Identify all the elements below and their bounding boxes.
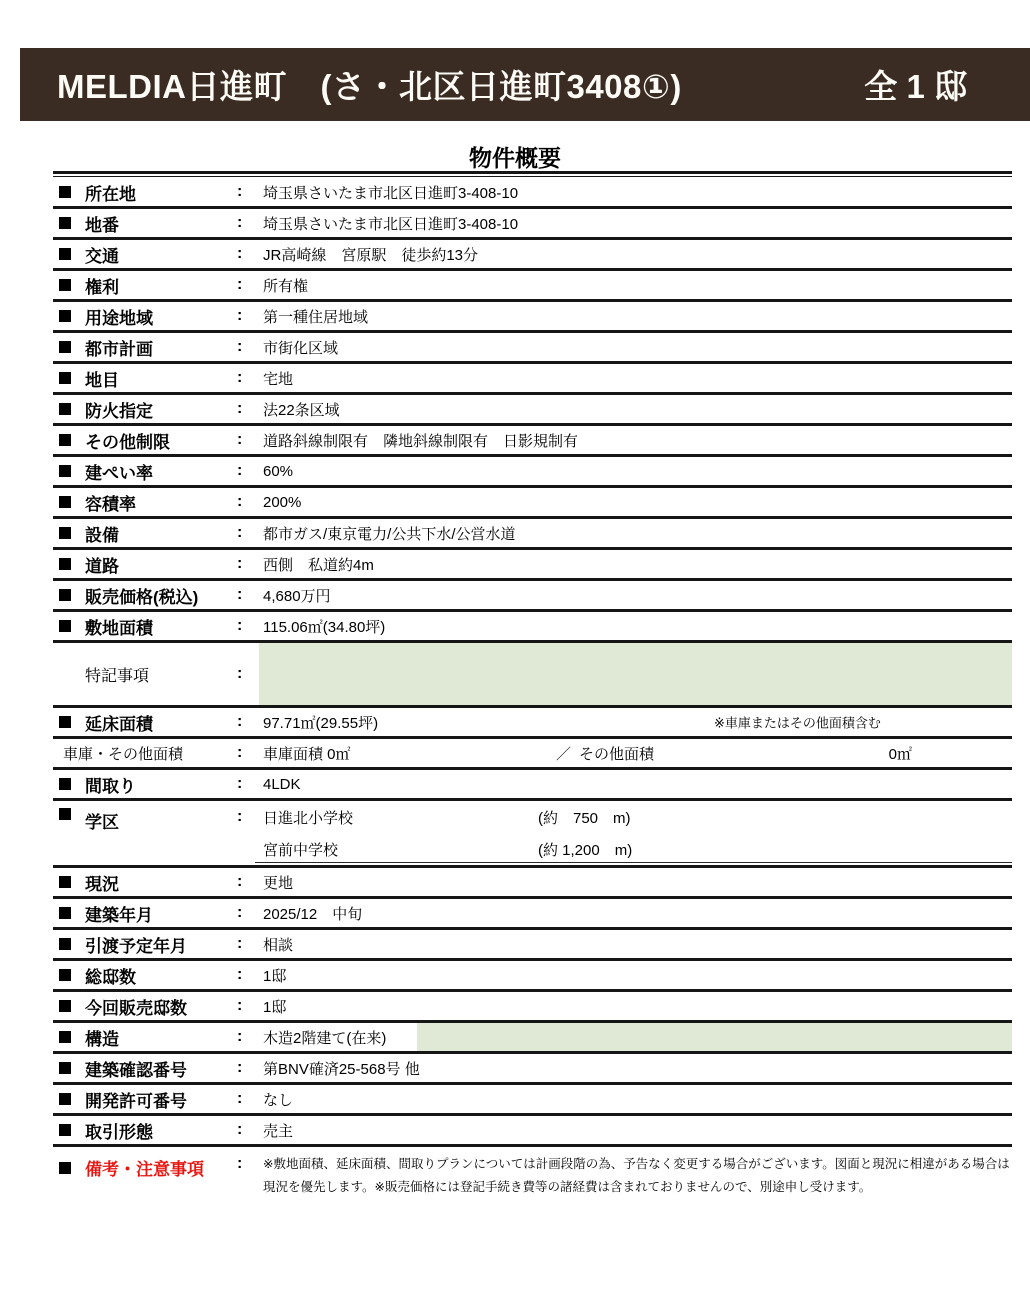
row-label: 車庫・その他面積 <box>53 743 237 764</box>
table-row: 総邸数:1邸 <box>53 961 1012 992</box>
table-row: 所在地:埼玉県さいたま市北区日進町3-408-10 <box>53 178 1012 209</box>
bullet-square-icon <box>59 279 71 291</box>
bullet-square-icon <box>59 589 71 601</box>
row-value: 4LDK <box>255 776 1012 793</box>
table-row: 防火指定:法22条区域 <box>53 395 1012 426</box>
section-title: 物件概要 <box>0 140 1030 173</box>
bullet-square-icon <box>59 186 71 198</box>
table-row: 今回販売邸数:1邸 <box>53 992 1012 1023</box>
colon-separator: : <box>237 586 255 604</box>
row-value: なし <box>255 1089 1012 1110</box>
row-label-text: 構造 <box>85 1025 119 1050</box>
colon-separator: : <box>237 431 255 449</box>
row-label-text: 間取り <box>85 772 136 797</box>
school-divider-line <box>255 862 1012 863</box>
row-value: 200% <box>255 494 1012 511</box>
table-row: 設備:都市ガス/東京電力/公共下水/公営水道 <box>53 519 1012 550</box>
colon-separator: : <box>237 904 255 922</box>
colon-separator: : <box>237 1059 255 1077</box>
row-label: 建築年月 <box>53 901 237 926</box>
row-label-text: 容積率 <box>85 490 136 515</box>
colon-separator: : <box>237 935 255 953</box>
table-row: 特記事項: <box>53 643 1012 708</box>
property-title: MELDIA日進町 (さ・北区日進町3408①) <box>57 61 682 108</box>
row-value: 宅地 <box>255 368 1012 389</box>
row-value: 所有権 <box>255 275 1012 296</box>
row-label-text: 引渡予定年月 <box>85 932 187 957</box>
row-value: 60% <box>255 463 1012 480</box>
row-label: 今回販売邸数 <box>53 994 237 1019</box>
bullet-square-icon <box>59 403 71 415</box>
row-label-text: 現況 <box>85 870 119 895</box>
row-label: 備考・注意事項 <box>53 1147 237 1180</box>
row-label-text: 地目 <box>85 366 119 391</box>
table-row: 都市計画:市街化区域 <box>53 333 1012 364</box>
row-label: 都市計画 <box>53 335 237 360</box>
table-row: 容積率:200% <box>53 488 1012 519</box>
row-label: その他制限 <box>53 428 237 453</box>
colon-separator: : <box>237 1090 255 1108</box>
school-name: 日進北小学校 <box>263 807 538 828</box>
row-label-text: 開発許可番号 <box>85 1087 187 1112</box>
bullet-square-icon <box>59 1062 71 1074</box>
colon-separator: : <box>237 1121 255 1139</box>
row-label: 用途地域 <box>53 304 237 329</box>
row-value: 埼玉県さいたま市北区日進町3-408-10 <box>255 182 1012 203</box>
remarks-text: ※敷地面積、延床面積、間取りプランについては計画段階の為、予告なく変更する場合が… <box>255 1147 1012 1199</box>
school-name: 宮前中学校 <box>263 839 538 860</box>
table-row: 地目:宅地 <box>53 364 1012 395</box>
bullet-square-icon <box>59 310 71 322</box>
row-label-text: 備考・注意事項 <box>85 1155 204 1180</box>
row-label: 権利 <box>53 273 237 298</box>
table-row: その他制限:道路斜線制限有 隣地斜線制限有 日影規制有 <box>53 426 1012 457</box>
slash-separator: ／ <box>556 743 571 764</box>
row-label-text: 建築確認番号 <box>85 1056 187 1081</box>
row-label: 構造 <box>53 1025 237 1050</box>
row-value: 木造2階建て(在来) <box>255 1027 1012 1048</box>
row-label: 所在地 <box>53 180 237 205</box>
row-label: 間取り <box>53 772 237 797</box>
colon-separator: : <box>237 801 255 865</box>
row-label: 道路 <box>53 552 237 577</box>
row-value: 都市ガス/東京電力/公共下水/公営水道 <box>255 523 1012 544</box>
row-label: 販売価格(税込) <box>53 583 237 608</box>
bullet-square-icon <box>59 716 71 728</box>
row-value: 更地 <box>255 872 1012 893</box>
bullet-square-icon <box>59 248 71 260</box>
row-label: 敷地面積 <box>53 614 237 639</box>
row-label: 総邸数 <box>53 963 237 988</box>
row-value: 埼玉県さいたま市北区日進町3-408-10 <box>255 213 1012 234</box>
colon-separator: : <box>237 245 255 263</box>
colon-separator: : <box>237 873 255 891</box>
row-label: 地番 <box>53 211 237 236</box>
row-label-text: 建築年月 <box>85 901 153 926</box>
colon-separator: : <box>237 214 255 232</box>
bullet-square-icon <box>59 778 71 790</box>
school-list: 日進北小学校(約 750 m)宮前中学校(約 1,200 m) <box>255 801 1012 865</box>
row-value: 西側 私道約4m <box>255 554 1012 575</box>
colon-separator: : <box>237 713 255 731</box>
table-row: 建ぺい率:60% <box>53 457 1012 488</box>
table-row: 車庫・その他面積:車庫面積 0㎡／その他面積0㎡ <box>53 739 1012 770</box>
row-label-text: 総邸数 <box>85 963 136 988</box>
bullet-square-icon <box>59 372 71 384</box>
bullet-square-icon <box>59 876 71 888</box>
row-value: 法22条区域 <box>255 399 1012 420</box>
bullet-square-icon <box>59 1124 71 1136</box>
garage-area-value: 車庫面積 0㎡ <box>263 743 556 764</box>
colon-separator: : <box>237 997 255 1015</box>
row-label: 建ぺい率 <box>53 459 237 484</box>
colon-separator: : <box>237 617 255 635</box>
row-value: 4,680万円 <box>255 585 1012 606</box>
row-value: 97.71㎡(29.55坪) <box>255 712 1012 733</box>
table-row: 建築年月:2025/12 中旬 <box>53 899 1012 930</box>
floor-area-note: ※車庫またはその他面積含む <box>714 713 881 732</box>
row-label: 建築確認番号 <box>53 1056 237 1081</box>
colon-separator: : <box>237 524 255 542</box>
row-value: 車庫面積 0㎡／その他面積0㎡ <box>255 743 1012 764</box>
colon-separator: : <box>237 493 255 511</box>
colon-separator: : <box>237 1147 255 1173</box>
row-label: 現況 <box>53 870 237 895</box>
colon-separator: : <box>237 338 255 356</box>
row-label: 引渡予定年月 <box>53 932 237 957</box>
row-label-text: 権利 <box>85 273 119 298</box>
row-label-text: 地番 <box>85 211 119 236</box>
colon-separator: : <box>237 555 255 573</box>
row-value: 第一種住居地域 <box>255 306 1012 327</box>
table-row: 備考・注意事項:※敷地面積、延床面積、間取りプランについては計画段階の為、予告な… <box>53 1147 1012 1215</box>
colon-separator: : <box>237 775 255 793</box>
row-label: 地目 <box>53 366 237 391</box>
colon-separator: : <box>237 1028 255 1046</box>
other-area-value: 0㎡ <box>889 743 912 764</box>
colon-separator: : <box>237 276 255 294</box>
school-row: 宮前中学校(約 1,200 m) <box>255 833 1012 865</box>
bullet-square-icon <box>59 496 71 508</box>
row-label: 設備 <box>53 521 237 546</box>
row-value: JR高崎線 宮原駅 徒歩約13分 <box>255 244 1012 265</box>
row-label: 開発許可番号 <box>53 1087 237 1112</box>
row-label: 交通 <box>53 242 237 267</box>
colon-separator: : <box>237 744 255 762</box>
row-label-text: 今回販売邸数 <box>85 994 187 1019</box>
row-label: 学区 <box>53 801 237 865</box>
row-value: 市街化区域 <box>255 337 1012 358</box>
bullet-square-icon <box>59 620 71 632</box>
row-value: 115.06㎡(34.80坪) <box>255 616 1012 637</box>
table-row: 建築確認番号:第BNV確済25-568号 他 <box>53 1054 1012 1085</box>
row-label: 容積率 <box>53 490 237 515</box>
table-row: 道路:西側 私道約4m <box>53 550 1012 581</box>
row-label-text: 所在地 <box>85 180 136 205</box>
other-area-label: その他面積 <box>579 743 654 764</box>
table-row: 交通:JR高崎線 宮原駅 徒歩約13分 <box>53 240 1012 271</box>
row-label-text: 建ぺい率 <box>85 459 153 484</box>
row-label-text: 取引形態 <box>85 1118 153 1143</box>
row-value: 道路斜線制限有 隣地斜線制限有 日影規制有 <box>255 430 1012 451</box>
table-row: 学区:日進北小学校(約 750 m)宮前中学校(約 1,200 m) <box>53 801 1012 868</box>
school-distance: (約 1,200 m) <box>538 839 632 860</box>
table-row: 地番:埼玉県さいたま市北区日進町3-408-10 <box>53 209 1012 240</box>
table-row: 敷地面積:115.06㎡(34.80坪) <box>53 612 1012 643</box>
bullet-square-icon <box>59 341 71 353</box>
row-label-text: 学区 <box>85 808 119 833</box>
bullet-square-icon <box>59 1031 71 1043</box>
row-label-text: その他制限 <box>85 428 170 453</box>
notes-highlight-area <box>259 643 1012 705</box>
table-row: 用途地域:第一種住居地域 <box>53 302 1012 333</box>
row-value: 売主 <box>255 1120 1012 1141</box>
row-value: 2025/12 中旬 <box>255 903 1012 924</box>
total-units-label: 全 1 邸 <box>864 61 967 108</box>
bullet-square-icon <box>59 1093 71 1105</box>
row-label-text: 延床面積 <box>85 710 153 735</box>
row-label-text: 敷地面積 <box>85 614 153 639</box>
property-spec-table: 所在地:埼玉県さいたま市北区日進町3-408-10地番:埼玉県さいたま市北区日進… <box>53 178 1012 1215</box>
table-row: 現況:更地 <box>53 868 1012 899</box>
row-value: 1邸 <box>255 996 1012 1017</box>
bullet-square-icon <box>59 938 71 950</box>
header-bar: MELDIA日進町 (さ・北区日進町3408①) 全 1 邸 <box>20 48 1030 121</box>
row-label-text: 用途地域 <box>85 304 153 329</box>
bullet-square-icon <box>59 527 71 539</box>
row-label: 取引形態 <box>53 1118 237 1143</box>
table-row: 販売価格(税込):4,680万円 <box>53 581 1012 612</box>
row-label-text: 交通 <box>85 242 119 267</box>
bullet-square-icon <box>59 907 71 919</box>
colon-separator: : <box>237 183 255 201</box>
row-value: 1邸 <box>255 965 1012 986</box>
school-row: 日進北小学校(約 750 m) <box>255 801 1012 833</box>
row-label: 延床面積 <box>53 710 237 735</box>
colon-separator: : <box>237 665 255 683</box>
row-label: 特記事項 <box>53 663 237 686</box>
colon-separator: : <box>237 400 255 418</box>
property-overview-page: MELDIA日進町 (さ・北区日進町3408①) 全 1 邸 物件概要 所在地:… <box>0 0 1030 1314</box>
table-row: 取引形態:売主 <box>53 1116 1012 1147</box>
table-row: 開発許可番号:なし <box>53 1085 1012 1116</box>
row-label-text: 防火指定 <box>85 397 153 422</box>
bullet-square-icon <box>59 969 71 981</box>
row-value: 相談 <box>255 934 1012 955</box>
bullet-square-icon <box>59 465 71 477</box>
table-row: 間取り:4LDK <box>53 770 1012 801</box>
colon-separator: : <box>237 369 255 387</box>
section-title-underline <box>53 171 1012 177</box>
bullet-square-icon <box>59 808 71 820</box>
row-label: 防火指定 <box>53 397 237 422</box>
row-label-text: 特記事項 <box>85 663 149 686</box>
row-label-text: 設備 <box>85 521 119 546</box>
table-row: 構造:木造2階建て(在来) <box>53 1023 1012 1054</box>
row-label-text: 車庫・その他面積 <box>63 743 183 764</box>
row-label-text: 都市計画 <box>85 335 153 360</box>
bullet-square-icon <box>59 217 71 229</box>
bullet-square-icon <box>59 558 71 570</box>
row-label-text: 販売価格(税込) <box>85 583 198 608</box>
table-row: 引渡予定年月:相談 <box>53 930 1012 961</box>
table-row: 延床面積:97.71㎡(29.55坪)※車庫またはその他面積含む <box>53 708 1012 739</box>
colon-separator: : <box>237 966 255 984</box>
colon-separator: : <box>237 462 255 480</box>
row-label-text: 道路 <box>85 552 119 577</box>
table-row: 権利:所有権 <box>53 271 1012 302</box>
bullet-square-icon <box>59 1162 71 1174</box>
school-distance: (約 750 m) <box>538 807 631 828</box>
colon-separator: : <box>237 307 255 325</box>
row-value: 第BNV確済25-568号 他 <box>255 1058 1012 1079</box>
bullet-square-icon <box>59 434 71 446</box>
bullet-square-icon <box>59 1000 71 1012</box>
